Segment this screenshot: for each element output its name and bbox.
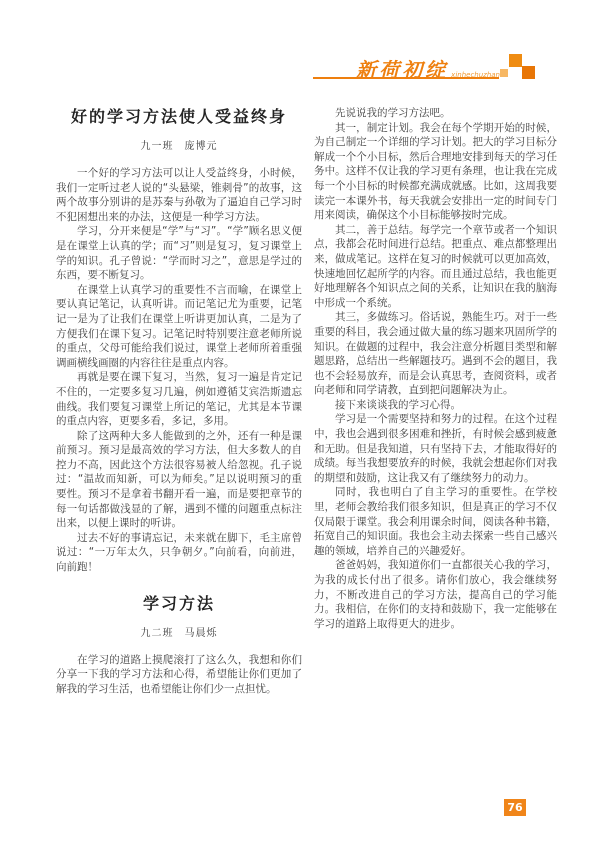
article1-byline: 九一班 庞博元 (56, 137, 302, 152)
article2-paragraph: 其三，多做练习。俗话说，熟能生巧。对于一些重要的科目，我会通过做大量的练习题来巩… (314, 310, 557, 398)
article2-paragraph: 接下来谈谈我的学习心得。 (314, 398, 557, 413)
article2-paragraph: 先说说我的学习方法吧。 (314, 106, 557, 121)
article1-paragraph: 再就是要在课下复习，当然，复习一遍是肯定记不住的，一定要多复习几遍，例如遵循艾宾… (56, 370, 302, 428)
article1-paragraph: 一个好的学习方法可以让人受益终身，小时候，我们一定听过老人说的“头悬梁，锥刺骨”… (56, 166, 302, 224)
magazine-page: 新荷初绽xinhechuzhan 好的学习方法使人受益终身 九一班 庞博元 一个… (0, 0, 600, 849)
brand-subtitle: xinhechuzhan (451, 71, 500, 79)
logo-square-top (509, 54, 522, 67)
header-brand: 新荷初绽xinhechuzhan (0, 54, 500, 83)
article2-paragraph: 其一，制定计划。我会在每个学期开始的时候，为自己制定一个详细的学习计划。把大的学… (314, 121, 557, 223)
logo-square-small (500, 69, 508, 77)
article2-byline: 九二班 马晨烁 (56, 624, 302, 639)
article2-paragraph: 其二，善于总结。每学完一个章节或者一个知识点，我都会花时间进行总结。把重点、难点… (314, 223, 557, 311)
left-column: 好的学习方法使人受益终身 九一班 庞博元 一个好的学习方法可以让人受益终身，小时… (56, 98, 302, 696)
article1-title: 好的学习方法使人受益终身 (56, 104, 302, 127)
article2-paragraph: 同时，我也明白了自主学习的重要性。在学校里，老师会教给我们很多知识，但是真正的学… (314, 485, 557, 558)
article2-paragraph: 爸爸妈妈，我知道你们一直都很关心我的学习，为我的成长付出了很多。请你们放心，我会… (314, 558, 557, 631)
article1-paragraph: 在课堂上认真学习的重要性不言而喻，在课堂上要认真记笔记，认真听讲。而记笔记尤为重… (56, 283, 302, 371)
article1-paragraph: 过去不好的事请忘记，未来就在脚下，毛主席曾说过：“一万年太久，只争朝夕。”向前看… (56, 531, 302, 575)
article2-title: 学习方法 (56, 591, 302, 614)
page-number-badge: 76 (504, 799, 526, 816)
article1-paragraph: 学习，分开来便是“学”与“习”。“学”顾名思义便是在课堂上认真的学；而“习”则是… (56, 224, 302, 282)
article2-paragraph: 学习是一个需要坚持和努力的过程。在这个过程中，我也会遇到很多困难和挫折，有时候会… (314, 412, 557, 485)
logo-square-right (522, 66, 535, 79)
brand-squares-logo-icon (499, 53, 537, 85)
brand-title: 新荷初绽 (356, 58, 448, 82)
article1-paragraph: 除了这两种大多人能做到的之外，还有一种是课前预习。预习是最高效的学习方法，但大多… (56, 429, 302, 531)
right-column: 先说说我的学习方法吧。 其一，制定计划。我会在每个学期开始的时候，为自己制定一个… (314, 100, 557, 631)
article2-paragraph: 在学习的道路上摸爬滚打了这么久，我想和你们分享一下我的学习方法和心得，希望能让你… (56, 653, 302, 697)
